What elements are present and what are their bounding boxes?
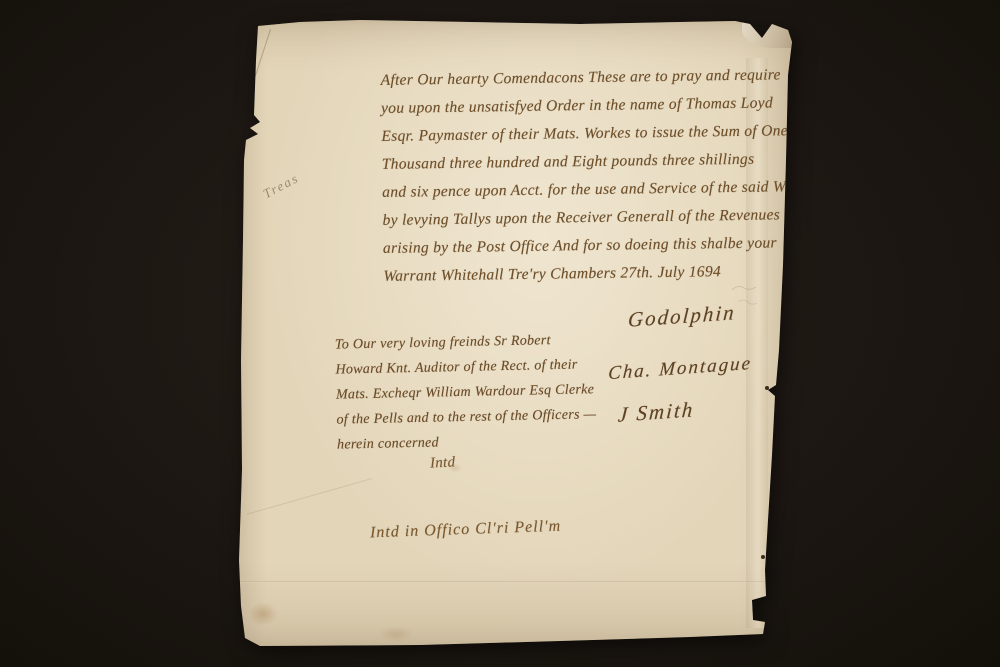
lower-left-crease [246, 478, 371, 515]
address-block: To Our very loving freinds Sr Robert How… [335, 327, 588, 457]
address-line: of the Pells and to the rest of the Offi… [336, 402, 586, 432]
wormhole-spot [765, 386, 769, 390]
wormhole-spot [761, 555, 765, 559]
torn-corner-flap [742, 18, 794, 48]
foxing-stain [248, 602, 278, 626]
entered-endorsement: Intd [430, 454, 456, 472]
photo-background: Treas After Our hearty Comendacons These… [0, 0, 1000, 667]
pencil-annotation: Treas [260, 170, 301, 202]
foxing-stain [378, 626, 414, 642]
manuscript-line: arising by the Post Office And for so do… [383, 229, 801, 263]
horizontal-fold-crease [226, 581, 796, 583]
pells-office-endorsement: Intd in Offico Cl'ri Pell'm [370, 518, 562, 543]
manuscript-line: Warrant Whitehall Tre'ry Chambers 27th. … [383, 257, 801, 291]
signature-smith: J Smith [617, 397, 695, 428]
corner-crease [254, 29, 271, 79]
manuscript-paper: Treas After Our hearty Comendacons These… [226, 18, 796, 650]
wormhole-spot [773, 478, 776, 481]
signature-montague: Cha. Montague [607, 353, 752, 385]
signature-godolphin: Godolphin [627, 300, 736, 333]
address-line: herein concerned [337, 427, 587, 457]
paper-shadow-wrap: Treas After Our hearty Comendacons These… [0, 0, 1000, 667]
warrant-body-text: After Our hearty Comendacons These are t… [380, 61, 801, 291]
